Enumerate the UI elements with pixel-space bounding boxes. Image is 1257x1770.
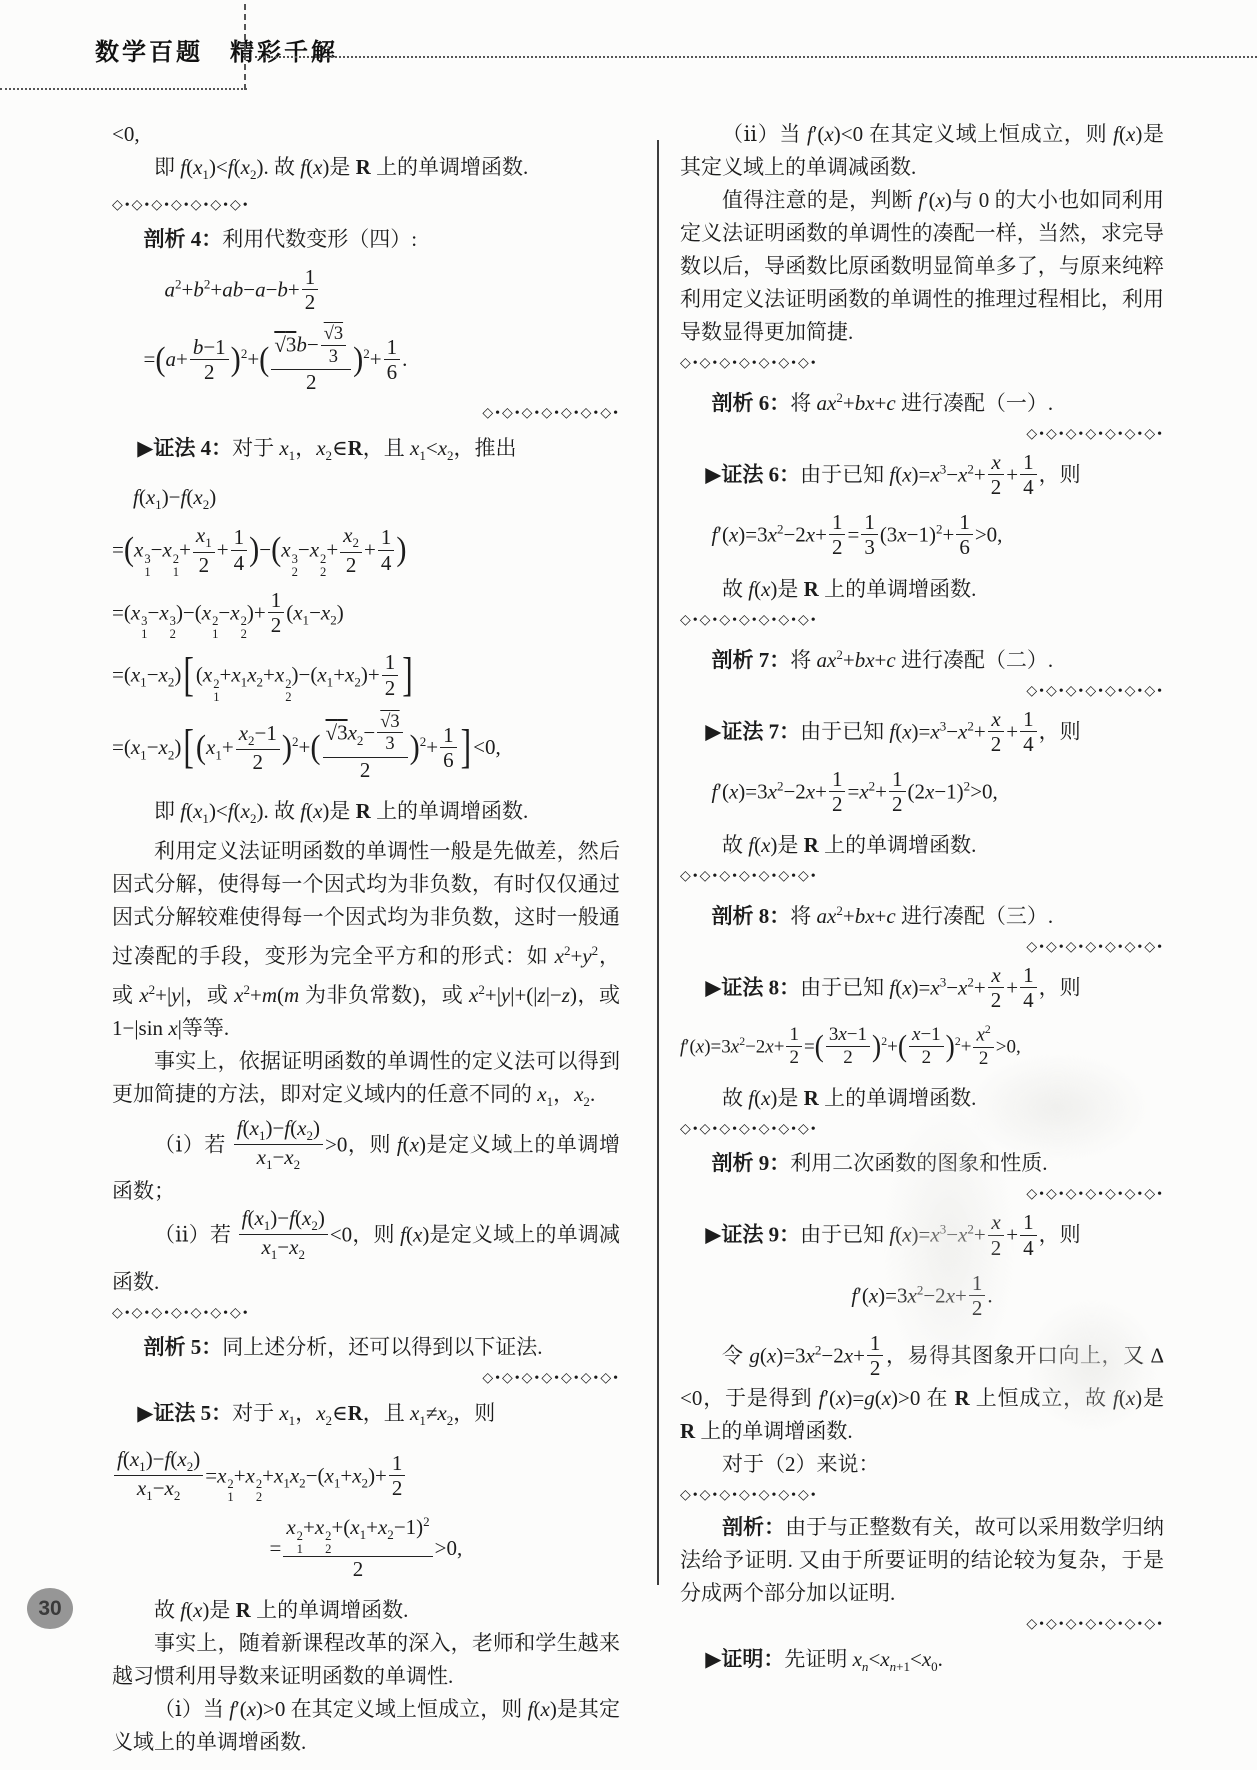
paragraph: 令 g(x)=3x2−2x+12，易得其图象开口向上，又 Δ <0，于是得到 f… [680, 1333, 1164, 1448]
header-dotted-rule-left [0, 88, 247, 90]
section-heading: 剖析 6：将 ax2+bx+c 进行凑配（一）. [680, 381, 1164, 420]
paragraph: 对于（2）来说： [680, 1448, 1164, 1481]
formula: f(x1)−f(x2) [112, 484, 620, 514]
ornament-divider: ◇•◇•◇•◇•◇•◇•◇• [680, 870, 1164, 884]
formula: =(x31−x32)−(x21−x22)+12(x1−x2) [112, 590, 620, 642]
ornament-divider: ◇•◇•◇•◇•◇•◇•◇• [680, 1618, 1164, 1632]
proof-heading: ▶证明：先证明 xn<xn+1<x0. [680, 1642, 1164, 1684]
formula: f(x1)−f(x2)x1−x2=x21+x22+x1x2−(x1+x2)+12 [112, 1449, 620, 1506]
proof-heading: ▶证法 5：对于 x1，x2∈R，且 x1≠x2，则 [112, 1396, 620, 1438]
ornament-divider: ◇•◇•◇•◇•◇•◇•◇• [680, 1489, 1164, 1503]
page-header-title: 数学百题 精彩千解 [95, 32, 338, 67]
section-heading: 剖析 5：同上述分析，还可以得到以下证法. [112, 1331, 620, 1364]
formula: f′(x)=3x2−2x+12=x2+12(2x−1)2>0, [680, 769, 1164, 818]
right-column: （ⅱ）当 f′(x)<0 在其定义域上恒成立，则 f(x)是其定义域上的单调减函… [680, 118, 1164, 1688]
paragraph: （ⅰ）当 f′(x)>0 在其定义域上恒成立，则 f(x)是其定义域上的单调增函… [112, 1693, 620, 1759]
proof-heading: ▶证法 6：由于已知 f(x)=x3−x2+x2+14，则 [680, 452, 1164, 501]
paragraph: 故 f(x)是 R 上的单调增函数. [680, 573, 1164, 606]
formula: =(x31−x21+x12+14)−(x32−x22+x22+14) [112, 525, 620, 579]
formula: =x21+x22+(x1+x2−1)22>0, [112, 1517, 620, 1583]
paragraph: （ⅰ）若 f(x1)−f(x2)x1−x2>0，则 f(x)是定义域上的单调增函… [112, 1118, 620, 1208]
proof-heading: ▶证法 9：由于已知 f(x)=x3−x2+x2+14，则 [680, 1212, 1164, 1261]
ornament-divider: ◇•◇•◇•◇•◇•◇•◇• [112, 1372, 620, 1386]
paragraph: <0, [112, 118, 620, 151]
ornament-divider: ◇•◇•◇•◇•◇•◇•◇• [680, 685, 1164, 699]
header-dotted-rule-right [255, 56, 1257, 58]
proof-heading: ▶证法 7：由于已知 f(x)=x3−x2+x2+14，则 [680, 709, 1164, 758]
section-heading: 剖析 4：利用代数变形（四）: [112, 223, 620, 256]
formula: f′(x)=3x2−2x+12=13(3x−1)2+16>0, [680, 512, 1164, 561]
ornament-divider: ◇•◇•◇•◇•◇•◇•◇• [680, 357, 1164, 371]
ornament-divider: ◇•◇•◇•◇•◇•◇•◇• [112, 199, 620, 213]
paragraph: 故 f(x)是 R 上的单调增函数. [680, 829, 1164, 862]
ornament-divider: ◇•◇•◇•◇•◇•◇•◇• [112, 407, 620, 421]
proof-heading: ▶证法 4：对于 x1，x2∈R，且 x1<x2，推出 [112, 431, 620, 473]
ornament-divider: ◇•◇•◇•◇•◇•◇•◇• [680, 941, 1164, 955]
paragraph: 即 f(x1)<f(x2). 故 f(x)是 R 上的单调增函数. [112, 151, 620, 191]
book-page: 数学百题 精彩千解 <0,即 f(x1)<f(x2). 故 f(x)是 R 上的… [0, 0, 1257, 1770]
paragraph: （ⅱ）当 f′(x)<0 在其定义域上恒成立，则 f(x)是其定义域上的单调减函… [680, 118, 1164, 184]
ornament-divider: ◇•◇•◇•◇•◇•◇•◇• [680, 1188, 1164, 1202]
section-heading: 剖析 9：利用二次函数的图象和性质. [680, 1147, 1164, 1180]
formula: =(a+b−12)2+(3b−332)2+16. [112, 327, 620, 396]
formula: =(x1−x2)[(x21+x1x2+x22)−(x1+x2)+12] [112, 652, 620, 704]
paragraph: 事实上，依据证明函数的单调性的定义法可以得到更加简捷的方法，即对定义域内的任意不… [112, 1045, 620, 1118]
paragraph: 故 f(x)是 R 上的单调增函数. [680, 1082, 1164, 1115]
formula: a2+b2+ab−a−b+12 [112, 267, 620, 316]
paragraph: 即 f(x1)<f(x2). 故 f(x)是 R 上的单调增函数. [112, 795, 620, 835]
ornament-divider: ◇•◇•◇•◇•◇•◇•◇• [680, 428, 1164, 442]
paragraph: 剖析：由于与正整数有关，故可以采用数学归纳法给予证明. 又由于所要证明的结论较为… [680, 1511, 1164, 1610]
proof-heading: ▶证法 8：由于已知 f(x)=x3−x2+x2+14，则 [680, 965, 1164, 1014]
paragraph: 利用定义法证明函数的单调性一般是先做差，然后因式分解，使得每一个因式均为非负数，… [112, 835, 620, 1045]
section-heading: 剖析 7：将 ax2+bx+c 进行凑配（二）. [680, 638, 1164, 677]
paragraph: 事实上，随着新课程改革的深入，老师和学生越来越习惯利用导数来证明函数的单调性. [112, 1627, 620, 1693]
ornament-divider: ◇•◇•◇•◇•◇•◇•◇• [112, 1307, 620, 1321]
formula: f′(x)=3x2−2x+12. [680, 1273, 1164, 1322]
page-number-badge: 30 [27, 1588, 73, 1629]
ornament-divider: ◇•◇•◇•◇•◇•◇•◇• [680, 1123, 1164, 1137]
paragraph: 值得注意的是，判断 f′(x)与 0 的大小也如同利用定义法证明函数的单调性的凑… [680, 184, 1164, 349]
paragraph: 故 f(x)是 R 上的单调增函数. [112, 1594, 620, 1627]
ornament-divider: ◇•◇•◇•◇•◇•◇•◇• [680, 614, 1164, 628]
header-dashed-rule-vertical [244, 4, 246, 90]
column-divider-rule [657, 140, 659, 1585]
formula: f′(x)=3x2−2x+12=(3x−12)2+(x−12)2+x22>0, [680, 1025, 1164, 1071]
left-column: <0,即 f(x1)<f(x2). 故 f(x)是 R 上的单调增函数.◇•◇•… [112, 118, 620, 1759]
section-heading: 剖析 8：将 ax2+bx+c 进行凑配（三）. [680, 894, 1164, 933]
paragraph: （ⅱ）若 f(x1)−f(x2)x1−x2<0，则 f(x)是定义域上的单调减函… [112, 1208, 620, 1298]
formula: =(x1−x2)[(x1+x2−12)2+(3x2−332)2+16]<0, [112, 715, 620, 784]
